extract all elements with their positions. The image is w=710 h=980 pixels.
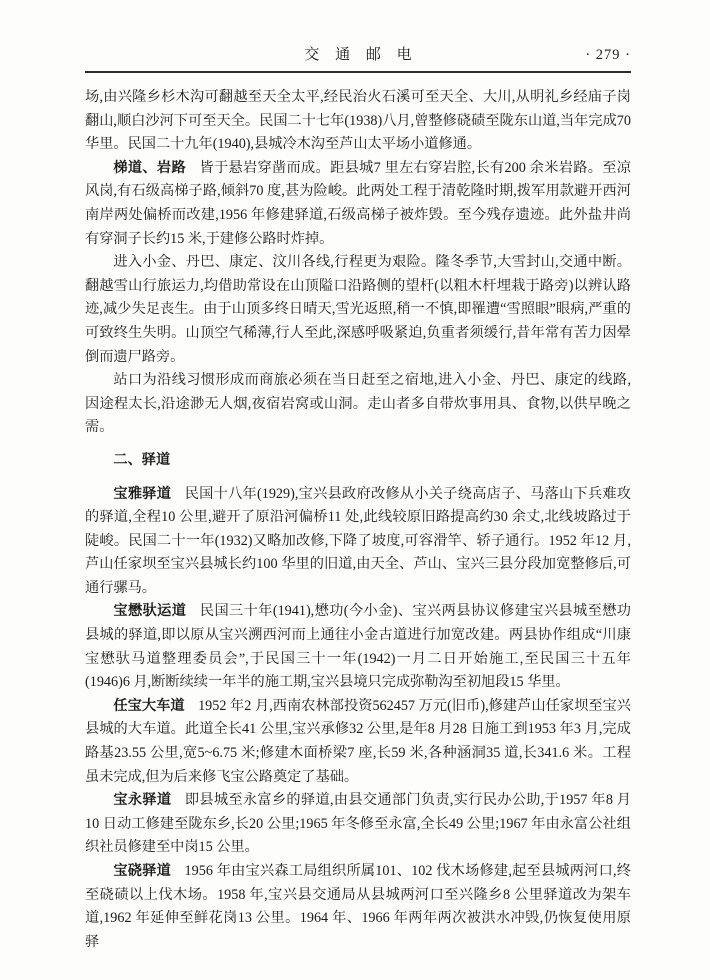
paragraph-renbao-dachedao: 任宝大车道1952 年2 月,西南农林部投资562457 万元(旧币),修建芦山… xyxy=(85,695,631,789)
page-content: 交通邮电 · 279 · 场,由兴隆乡杉木沟可翻越至天全太平,经民治火石溪可至天… xyxy=(85,44,631,954)
paragraph-lead: 宝雅驿道 xyxy=(113,486,171,502)
paragraph-text: 民国十八年(1929),宝兴县政府改修从小关子绕高店子、马落山下兵难攻的驿道,全… xyxy=(85,486,631,596)
paragraph-lead: 宝永驿道 xyxy=(113,792,171,808)
page-number: · 279 · xyxy=(585,44,631,66)
paragraph-stations: 站口为沿线习惯形成而商旅必须在当日赶至之宿地,进入小金、丹巴、康定的线路,因途程… xyxy=(85,369,631,440)
paragraph-text: 场,由兴隆乡杉木沟可翻越至天全太平,经民治火石溪可至天全、大川,从明礼乡经庙子岗… xyxy=(85,89,631,152)
paragraph-baoya-yidao: 宝雅驿道民国十八年(1929),宝兴县政府改修从小关子绕高店子、马落山下兵难攻的… xyxy=(85,483,631,601)
paragraph-continuation: 场,由兴隆乡杉木沟可翻越至天全太平,经民治火石溪可至天全、大川,从明礼乡经庙子岗… xyxy=(85,86,631,157)
paragraph-baoyong-yidao: 宝永驿道即县城至永富乡的驿道,由县交通部门负责,实行民办公助,于1957 年8 … xyxy=(85,789,631,860)
paragraph-baomao-tuoyundao: 宝懋驮运道民国三十年(1941),懋功(今小金)、宝兴两县协议修建宝兴县城至懋功… xyxy=(85,600,631,694)
paragraph-tidao-yanlu: 梯道、岩路皆于悬岩穿凿而成。距县城7 里左右穿岩腔,长有200 余米岩路。至凉风… xyxy=(85,157,631,251)
paragraph-mountain-routes: 进入小金、丹巴、康定、汶川各线,行程更为艰险。隆冬季节,大雪封山,交通中断。翻越… xyxy=(85,251,631,369)
scan-artifact xyxy=(232,911,235,918)
body-text: 场,由兴隆乡杉木沟可翻越至天全太平,经民治火石溪可至天全、大川,从明礼乡经庙子岗… xyxy=(85,86,631,954)
header-rule xyxy=(85,71,631,73)
scanned-book-page: 交通邮电 · 279 · 场,由兴隆乡杉木沟可翻越至天全太平,经民治火石溪可至天… xyxy=(0,0,710,980)
running-head-title: 交通邮电 xyxy=(85,44,631,66)
paragraph-lead: 宝懋驮运道 xyxy=(113,603,186,619)
section-heading-yidao: 二、驿道 xyxy=(85,449,631,473)
paragraph-text: 进入小金、丹巴、康定、汶川各线,行程更为艰险。隆冬季节,大雪封山,交通中断。翻越… xyxy=(85,254,631,364)
paragraph-lead: 宝硗驿道 xyxy=(113,863,171,879)
paragraph-baoqiao-yidao: 宝硗驿道1956 年由宝兴森工局组织所属101、102 伐木场修建,起至县城两河… xyxy=(85,860,631,954)
paragraph-text: 站口为沿线习惯形成而商旅必须在当日赶至之宿地,进入小金、丹巴、康定的线路,因途程… xyxy=(85,372,631,435)
paragraph-lead: 梯道、岩路 xyxy=(113,160,186,176)
page-header: 交通邮电 · 279 · xyxy=(85,44,631,66)
paragraph-lead: 任宝大车道 xyxy=(113,698,184,714)
